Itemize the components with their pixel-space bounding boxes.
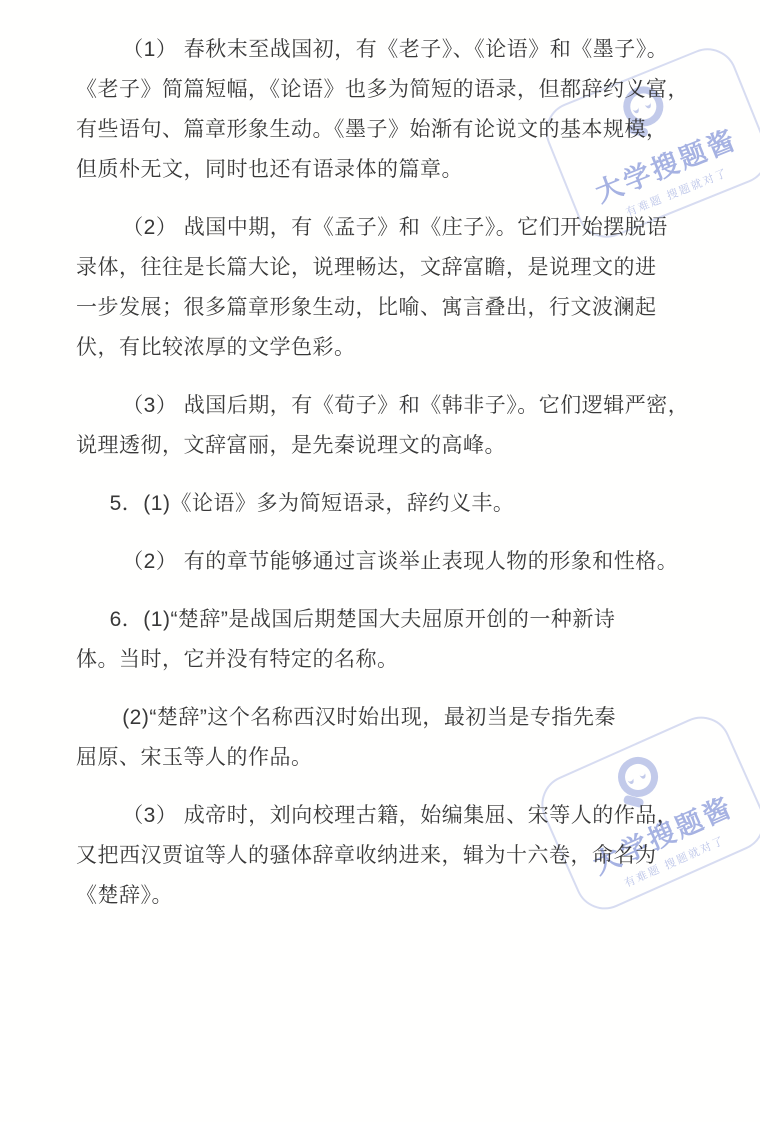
paragraph-4-1: （1） 春秋末至战国初，有《老子》、《论语》和《墨子》。 《老子》简篇短幅，《论… [76,30,726,190]
paragraph-6-3: （3） 成帝时，刘向校理古籍，始编集屈、宋等人的作品， 又把西汉贾谊等人的骚体辞… [76,796,726,916]
paragraph-4-2: （2） 战国中期，有《孟子》和《庄子》。它们开始摆脱语 录体，往往是长篇大论，说… [76,208,726,368]
paragraph-5-1: 5．(1)《论语》多为简短语录，辞约义丰。 [76,484,726,524]
paragraph-6-2: (2)“楚辞”这个名称西汉时始出现，最初当是专指先秦 屈原、宋玉等人的作品。 [76,698,726,778]
paragraph-6-1: 6．(1)“楚辞”是战国后期楚国大夫屈原开创的一种新诗 体。当时，它并没有特定的… [76,600,726,680]
paragraph-4-3: （3） 战国后期，有《荀子》和《韩非子》。它们逻辑严密， 说理透彻，文辞富丽，是… [76,386,726,466]
paragraph-5-2: （2） 有的章节能够通过言谈举止表现人物的形象和性格。 [76,542,726,582]
document-page: 大学搜题酱 有难题 搜题就对了 大学搜题酱 有难题 搜题就对了 （1） 春秋末至… [0,0,760,1122]
document-body: （1） 春秋末至战国初，有《老子》、《论语》和《墨子》。 《老子》简篇短幅，《论… [76,30,726,934]
